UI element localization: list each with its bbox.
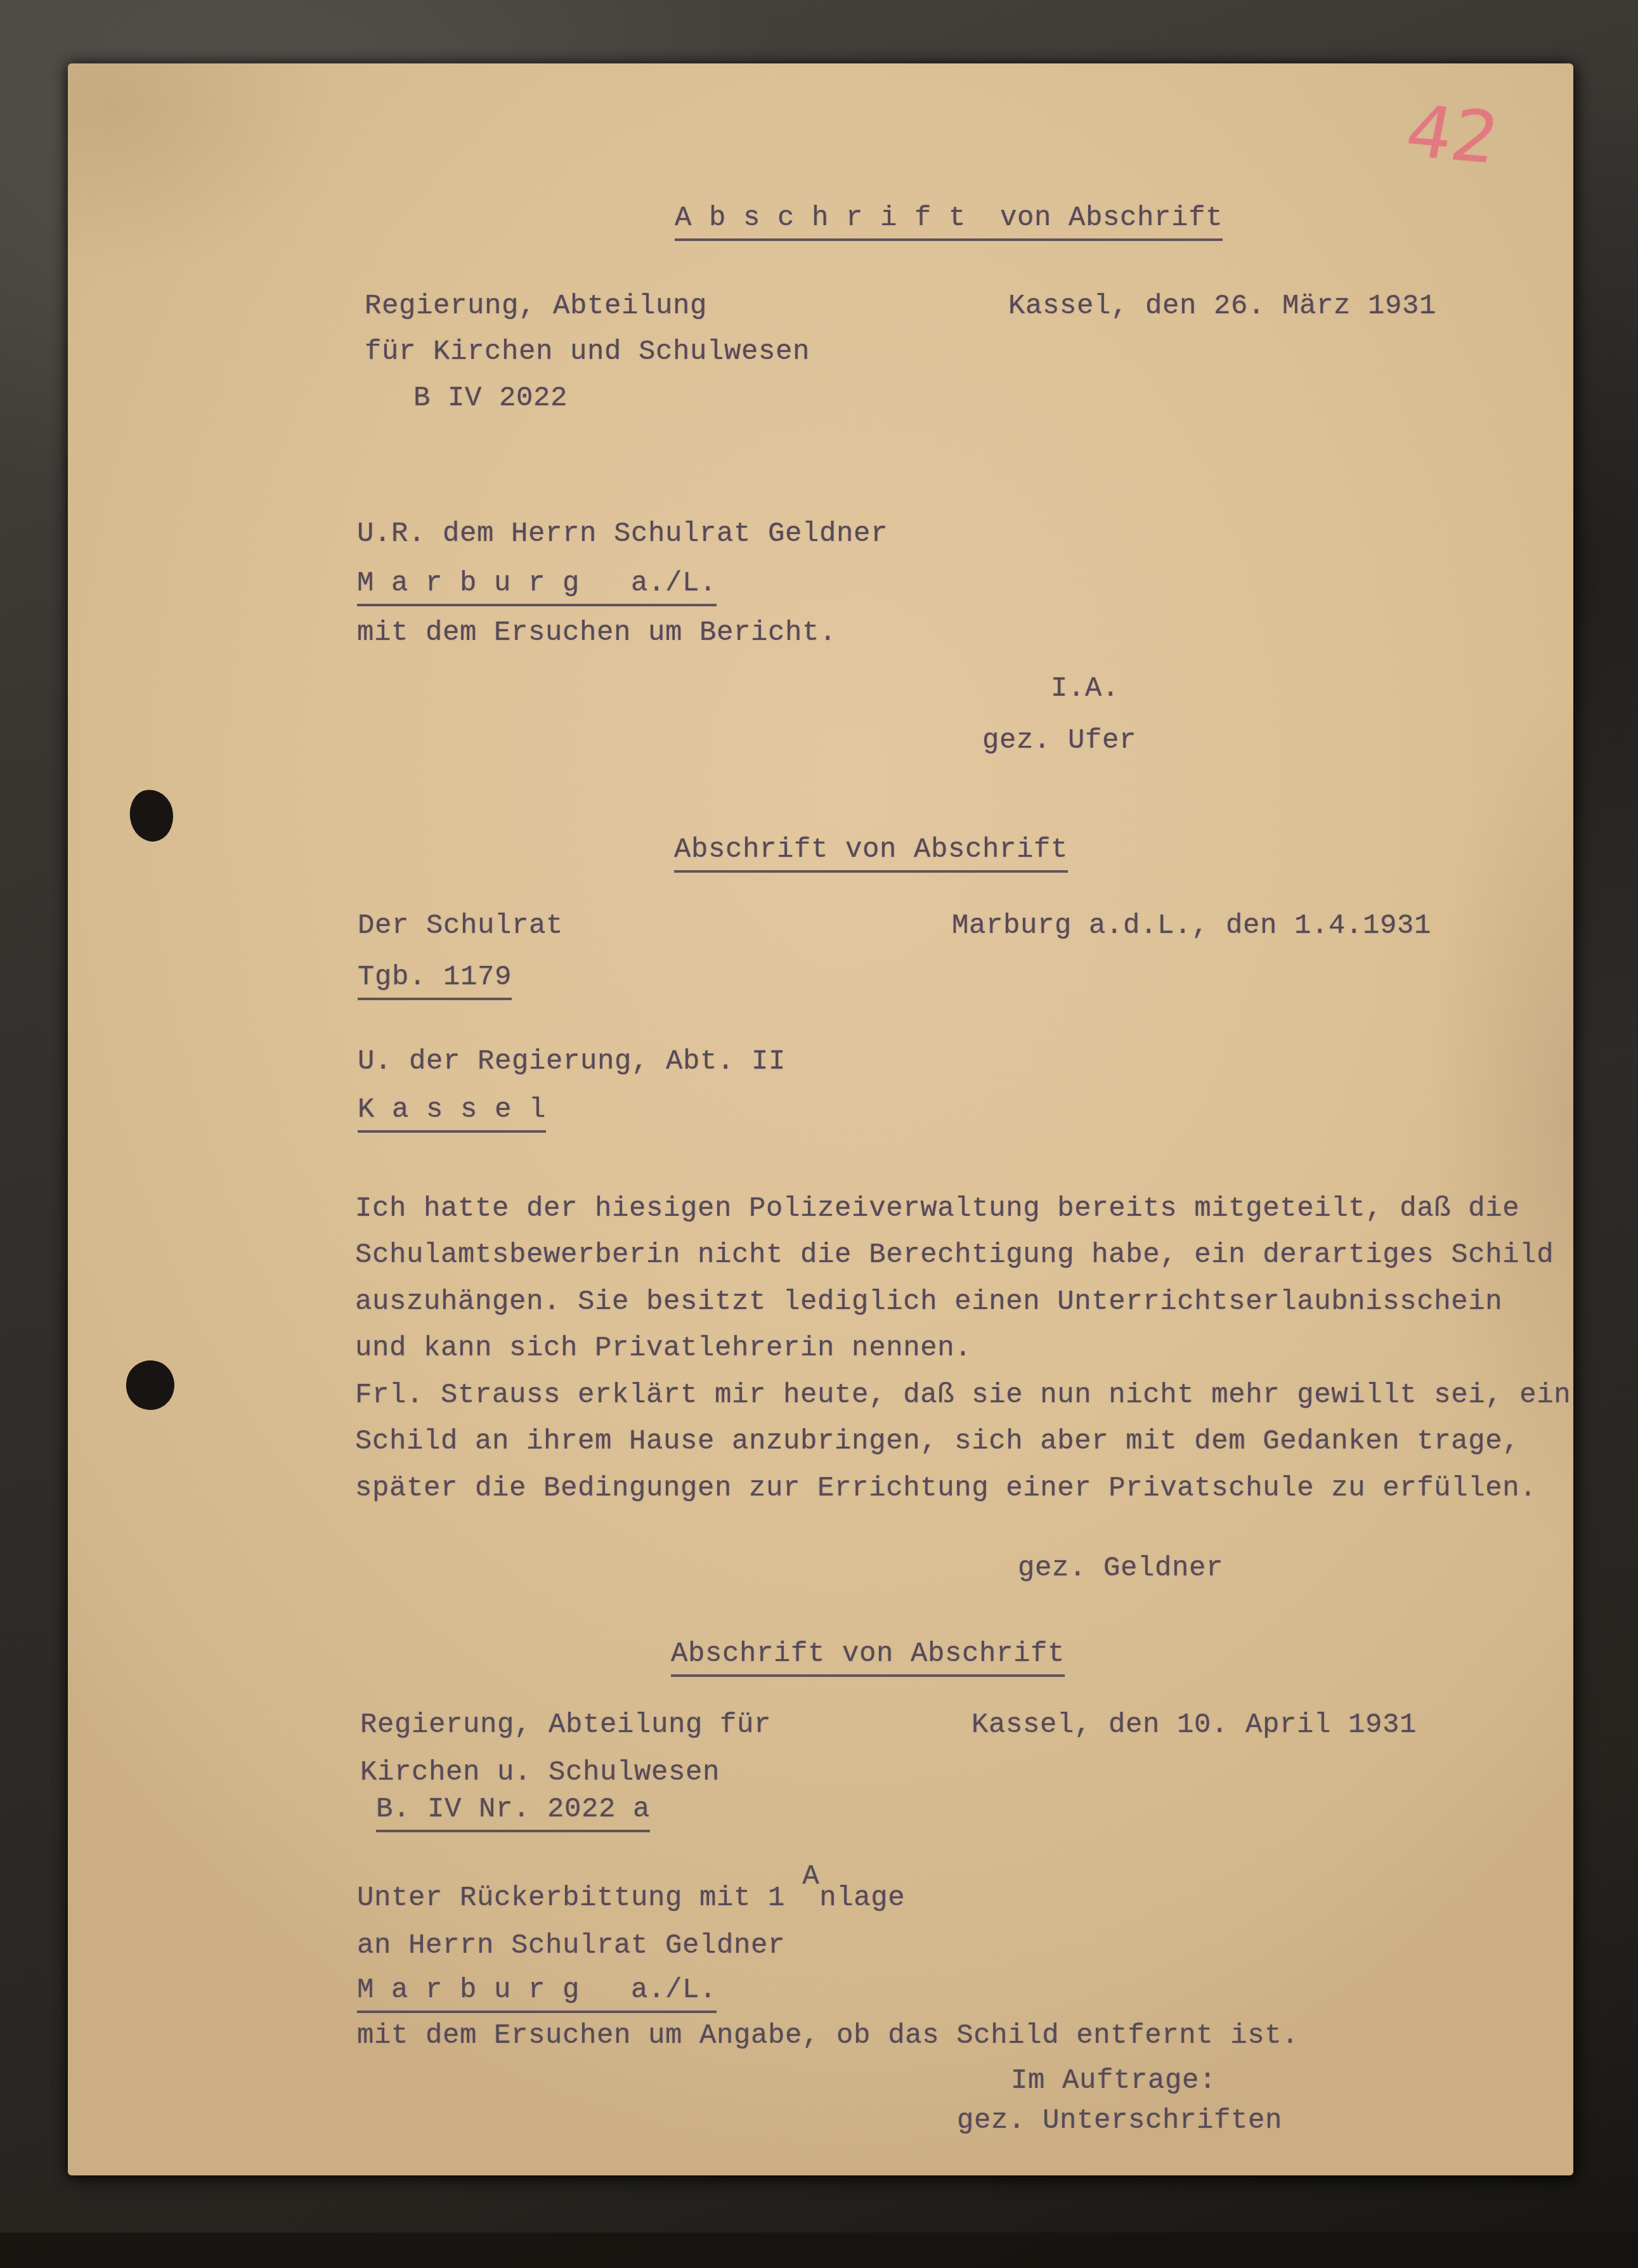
file-reference-3-text: B. IV Nr. 2022 a bbox=[376, 1794, 650, 1832]
place-date-line-1: Kassel, den 26. März 1931 bbox=[1008, 289, 1436, 324]
sender-office-3-line-1: Regierung, Abteilung für bbox=[360, 1707, 771, 1743]
sender-office-line-1: Regierung, Abteilung bbox=[365, 289, 707, 324]
sender-office-3-line-2: Kirchen u. Schulwesen bbox=[360, 1755, 720, 1790]
enclosure-line: Unter Rückerbittung mit 1 Anlage bbox=[357, 1880, 905, 1916]
document-page: 42 A b s c h r i f t von Abschrift Regie… bbox=[68, 63, 1573, 2175]
recipient-line-3: an Herrn Schulrat Geldner bbox=[357, 1928, 785, 1964]
signature-1: gez. Ufer bbox=[982, 723, 1136, 759]
im-auftrage-line: Im Auftrage: bbox=[1011, 2063, 1216, 2099]
sender-office-2: Der Schulrat bbox=[358, 908, 563, 944]
recipient-city-3-text: M a r b u r g a./L. bbox=[357, 1974, 717, 2013]
recipient-city-2: K a s s e l bbox=[358, 1092, 546, 1128]
body-text-line: Ich hatte der hiesigen Polizeiverwaltung… bbox=[355, 1191, 1519, 1227]
recipient-city-2-text: K a s s e l bbox=[358, 1094, 546, 1133]
enclosure-raised-letter: A bbox=[802, 1861, 819, 1893]
file-reference-2-text: Tgb. 1179 bbox=[358, 961, 512, 1000]
copy-heading-2: Abschrift von Abschrift bbox=[674, 832, 1068, 868]
file-reference-2: Tgb. 1179 bbox=[358, 960, 512, 995]
enclosure-suffix: nlage bbox=[819, 1882, 905, 1914]
recipient-city-1: M a r b u r g a./L. bbox=[357, 566, 717, 601]
recipient-city-3: M a r b u r g a./L. bbox=[357, 1972, 717, 2008]
body-text-line: Schild an ihrem Hause anzubringen, sich … bbox=[355, 1424, 1519, 1459]
body-text-line: Frl. Strauss erklärt mir heute, daß sie … bbox=[355, 1378, 1571, 1413]
request-line-3: mit dem Ersuchen um Angabe, ob das Schil… bbox=[357, 2018, 1299, 2054]
file-reference-1: B IV 2022 bbox=[413, 381, 568, 416]
punch-hole-top bbox=[127, 787, 177, 845]
mat-shadow-band bbox=[0, 2232, 1638, 2268]
ia-abbreviation: I.A. bbox=[1051, 671, 1119, 707]
request-line-1: mit dem Ersuchen um Bericht. bbox=[357, 615, 836, 651]
copy-heading-3-text: Abschrift von Abschrift bbox=[671, 1638, 1065, 1677]
place-date-line-3: Kassel, den 10. April 1931 bbox=[972, 1707, 1417, 1743]
body-text-line: und kann sich Privatlehrerin nennen. bbox=[355, 1331, 972, 1366]
sender-office-line-2: für Kirchen und Schulwesen bbox=[365, 334, 810, 370]
body-text-line: später die Bedingungen zur Errichtung ei… bbox=[355, 1471, 1537, 1506]
enclosure-prefix: Unter Rückerbittung mit 1 bbox=[357, 1882, 802, 1914]
signature-3: gez. Unterschriften bbox=[957, 2103, 1282, 2139]
recipient-line-2: U. der Regierung, Abt. II bbox=[358, 1044, 786, 1079]
file-reference-3: B. IV Nr. 2022 a bbox=[376, 1792, 650, 1827]
place-date-line-2: Marburg a.d.L., den 1.4.1931 bbox=[952, 908, 1431, 944]
recipient-line-1: U.R. dem Herrn Schulrat Geldner bbox=[357, 516, 888, 552]
copy-heading-1: A b s c h r i f t von Abschrift bbox=[675, 200, 1223, 236]
folio-number: 42 bbox=[1401, 97, 1504, 174]
copy-heading-2-text: Abschrift von Abschrift bbox=[674, 834, 1068, 873]
body-text-line: auszuhängen. Sie besitzt lediglich einen… bbox=[355, 1284, 1502, 1320]
copy-heading-1-text: A b s c h r i f t von Abschrift bbox=[675, 202, 1223, 241]
punch-hole-bottom bbox=[124, 1358, 177, 1412]
body-text-line: Schulamtsbewerberin nicht die Berechtigu… bbox=[355, 1237, 1554, 1273]
copy-heading-3: Abschrift von Abschrift bbox=[671, 1636, 1065, 1672]
signature-2: gez. Geldner bbox=[1018, 1551, 1223, 1586]
recipient-city-1-text: M a r b u r g a./L. bbox=[357, 568, 717, 606]
